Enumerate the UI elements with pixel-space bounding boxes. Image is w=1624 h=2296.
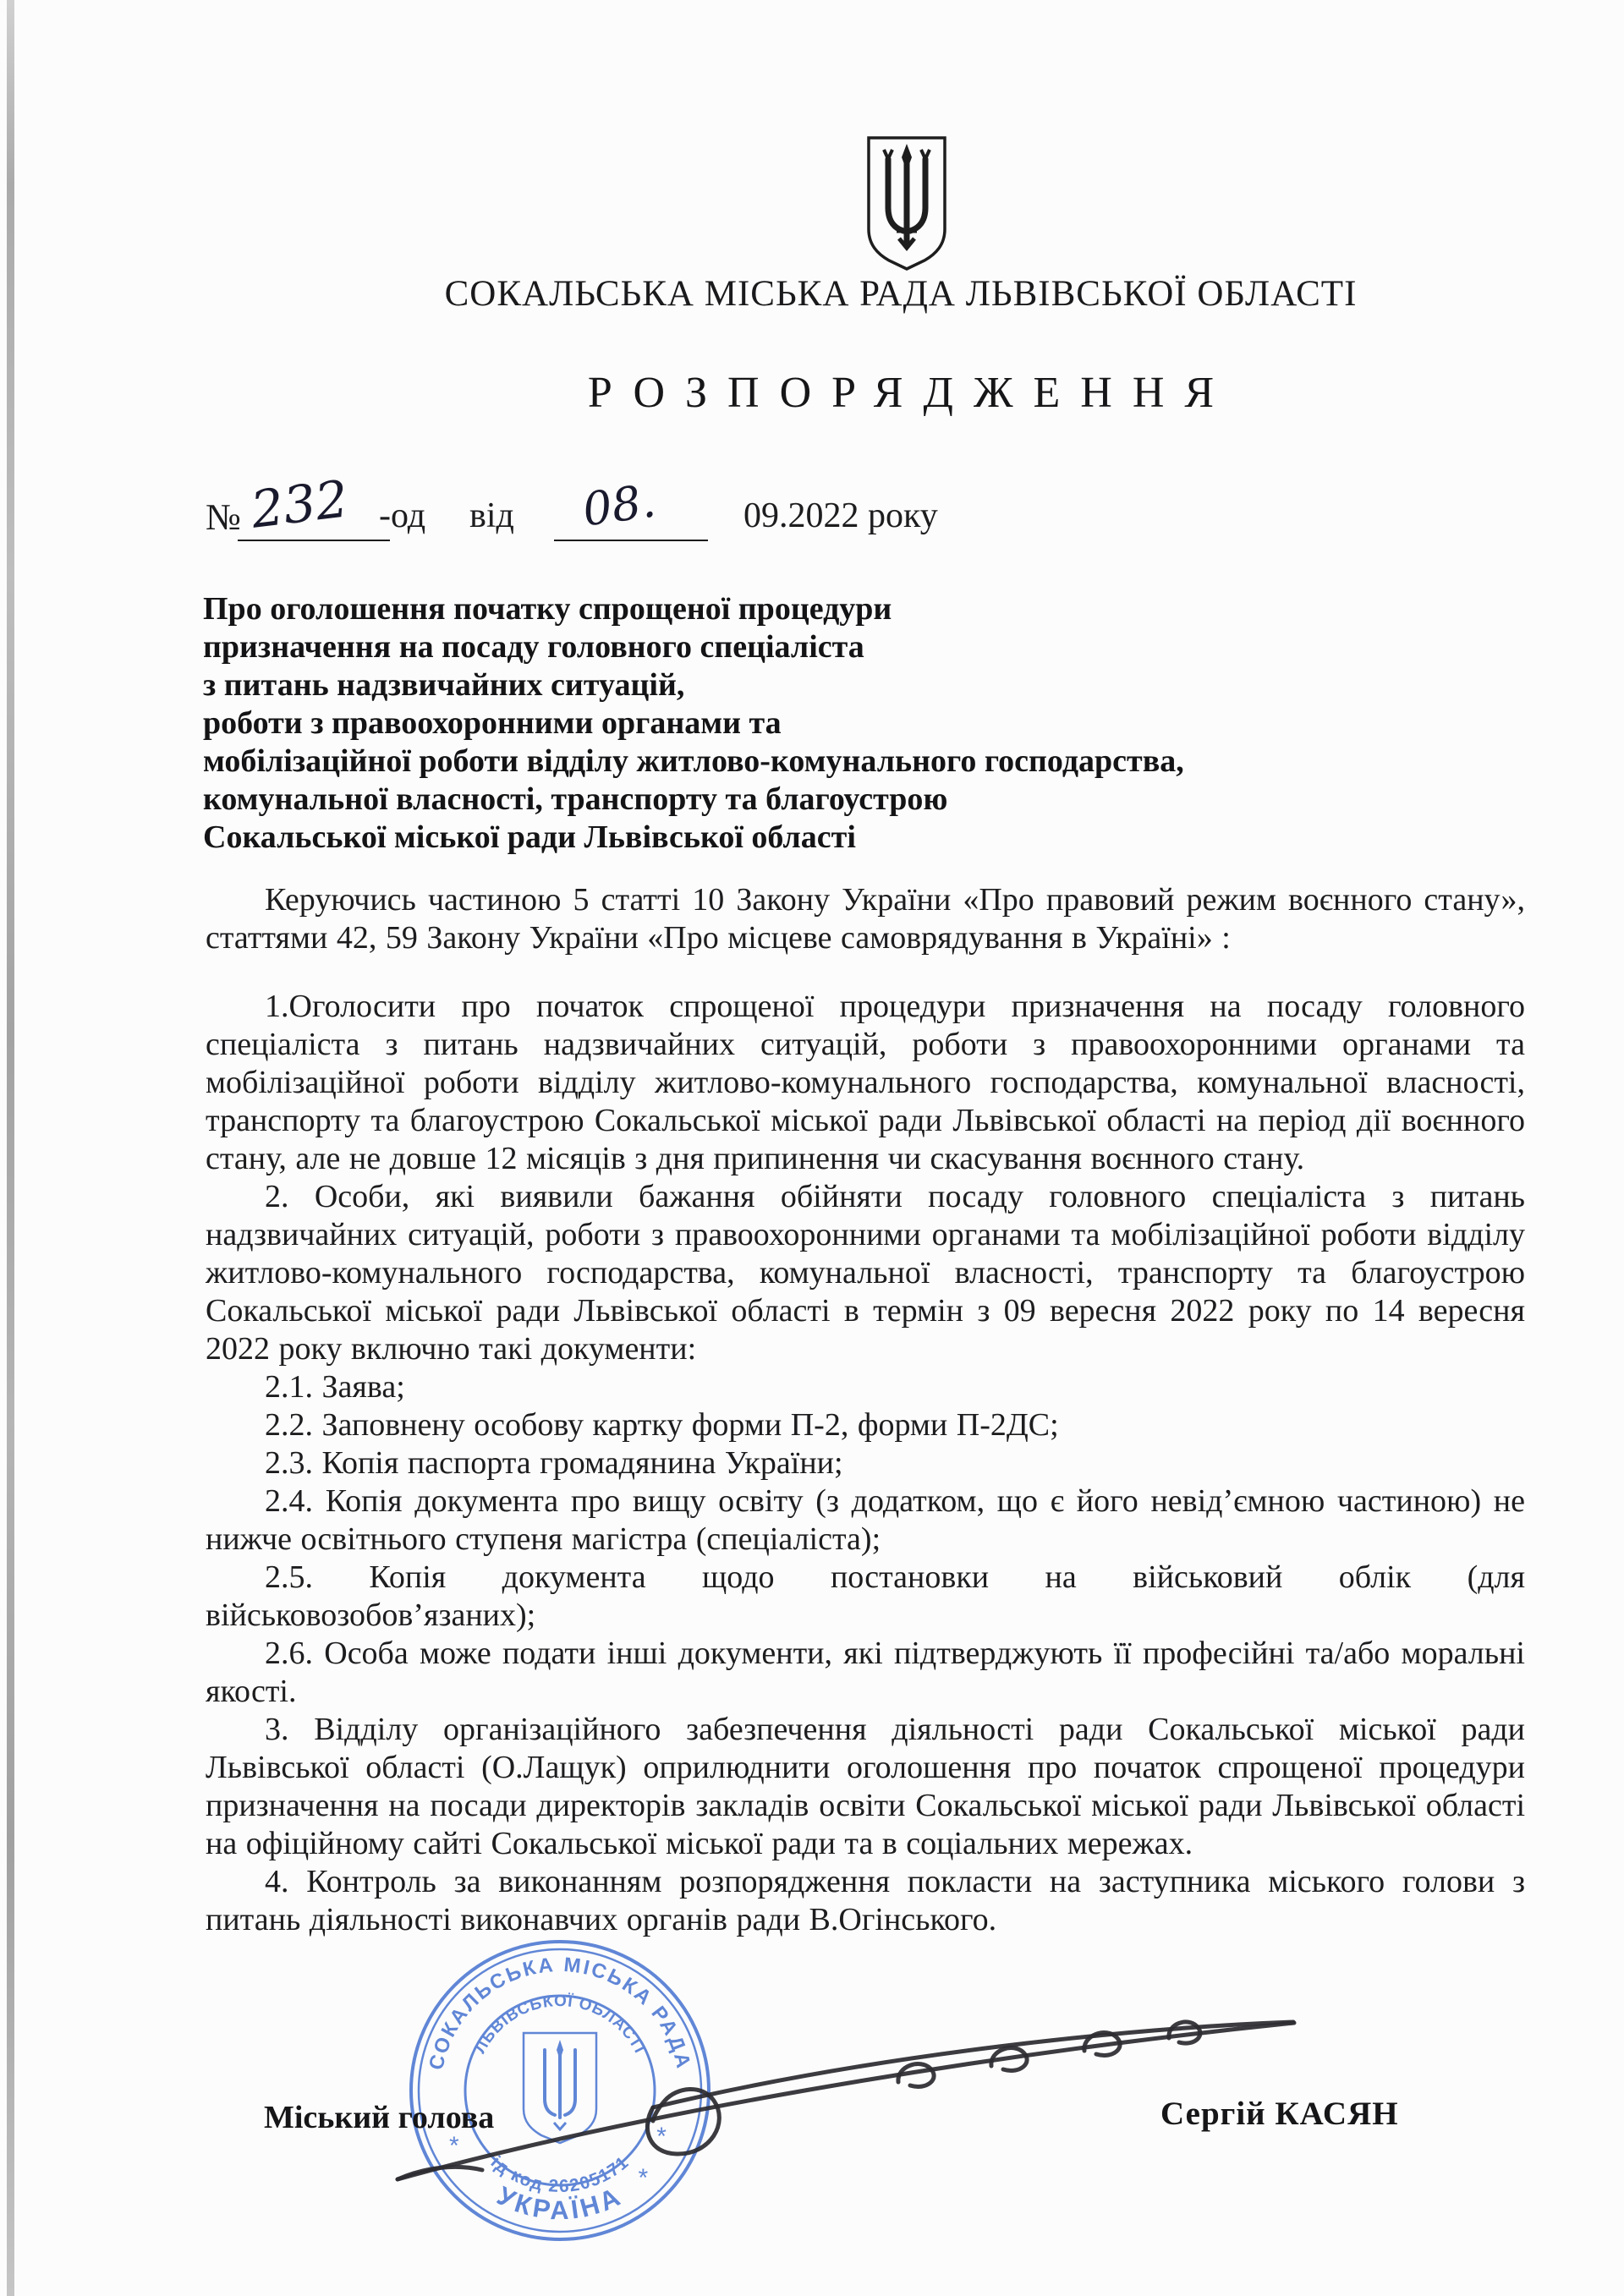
intro-paragraph: Керуючись частиною 5 статті 10 Закону Ук… <box>206 881 1525 957</box>
ukraine-trident-emblem <box>859 134 954 272</box>
subject-line: Про оголошення початку спрощеної процеду… <box>203 590 1404 628</box>
day-underline <box>554 540 708 541</box>
document-type-title: РОЗПОРЯДЖЕННЯ <box>178 367 1624 419</box>
number-underline <box>238 540 390 541</box>
list-item-2-1: 2.1. Заява; <box>206 1368 1525 1406</box>
list-item-2-3: 2.3. Копія паспорта громадянина України; <box>206 1444 1525 1482</box>
document-body: Керуючись частиною 5 статті 10 Закону Ук… <box>206 881 1525 1939</box>
subject-line: мобілізаційної роботи відділу житлово-ко… <box>203 743 1404 781</box>
paragraph-3: 3. Відділу організаційного забезпечення … <box>206 1711 1525 1863</box>
list-item-2-2: 2.2. Заповнену особову картку форми П-2,… <box>206 1406 1525 1444</box>
paragraph-1: 1.Оголосити про початок спрощеної процед… <box>206 988 1525 1178</box>
paragraph-2: 2. Особи, які виявили бажання обійняти п… <box>206 1178 1525 1368</box>
subject-line: роботи з правоохоронними органами та <box>203 704 1404 743</box>
subject-line: комунальної власності, транспорту та бла… <box>203 781 1404 819</box>
date-month-year: 09.2022 року <box>743 496 938 536</box>
organization-name: СОКАЛЬСЬКА МІСЬКА РАДА ЛЬВІВСЬКОЇ ОБЛАСТ… <box>178 272 1624 316</box>
list-item-2-4: 2.4. Копія документа про вищу освіту (з … <box>206 1482 1525 1559</box>
list-item-2-6: 2.6. Особа може подати інші документи, я… <box>206 1635 1525 1711</box>
subject-line: з питань надзвичайних ситуацій, <box>203 666 1404 704</box>
subject-line: Сокальської міської ради Львівської обла… <box>203 819 1404 857</box>
document-number-line: № 232 -од від 08. 09.2022 року <box>206 484 1136 560</box>
subject-line: призначення на посаду головного спеціалі… <box>203 628 1404 666</box>
document-page: СОКАЛЬСЬКА МІСЬКА РАДА ЛЬВІВСЬКОЇ ОБЛАСТ… <box>0 0 1624 2296</box>
number-od-suffix: -од <box>379 496 425 536</box>
handwritten-signature <box>355 1979 1336 2199</box>
vid-label: від <box>469 496 514 536</box>
handwritten-number: 232 <box>248 469 351 540</box>
number-sign: № <box>206 496 241 539</box>
list-item-2-5-line2: військовозобов’язаних); <box>206 1597 1525 1635</box>
list-item-2-5-line1: 2.5. Копія документа щодо постановки на … <box>206 1559 1525 1597</box>
paragraph-4: 4. Контроль за виконанням розпорядження … <box>206 1863 1525 1939</box>
scan-edge-artifact <box>7 0 14 2296</box>
handwritten-day: 08. <box>579 474 659 536</box>
subject-block: Про оголошення початку спрощеної процеду… <box>203 590 1404 857</box>
